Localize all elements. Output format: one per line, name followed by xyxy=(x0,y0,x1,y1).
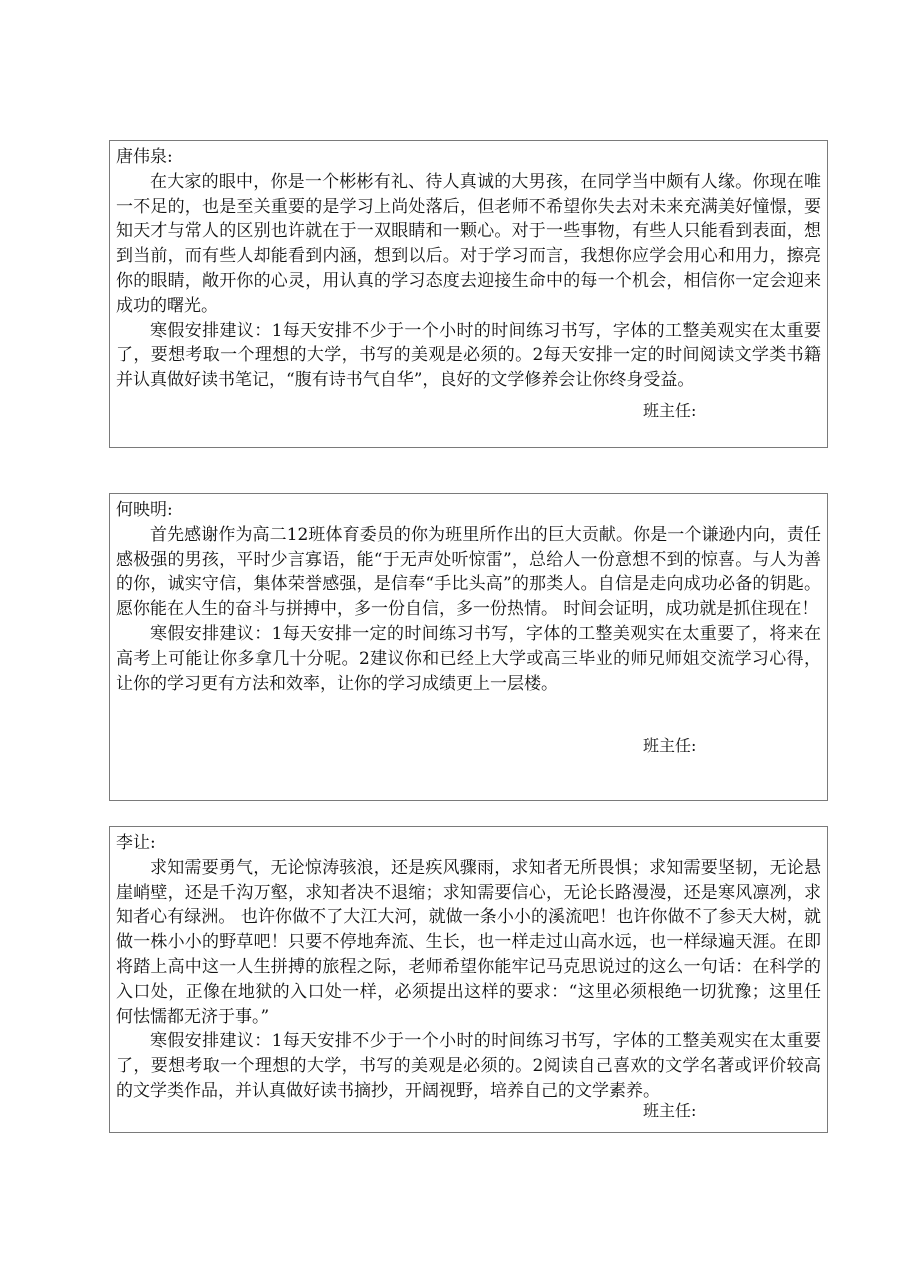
teacher-signature-label: 班主任: xyxy=(643,734,696,759)
holiday-suggestion: 寒假安排建议：1每天安排不少于一个小时的时间练习书写，字体的工整美观实在太重要了… xyxy=(116,319,821,393)
holiday-suggestion: 寒假安排建议：1每天安排一定的时间练习书写，字体的工整美观实在太重要了，将来在高… xyxy=(116,622,821,696)
comment-paragraph: 首先感谢作为高二12班体育委员的你为班里所作出的巨大贡献。你是一个谦逊内向，责任… xyxy=(116,523,821,622)
student-name: 何映明: xyxy=(116,498,821,523)
student-name: 李让: xyxy=(116,831,821,856)
student-name: 唐伟泉: xyxy=(116,145,821,170)
comment-card-3: 李让: 求知需要勇气，无论惊涛骇浪，还是疾风骤雨，求知者无所畏惧；求知需要坚韧，… xyxy=(109,826,828,1133)
comment-paragraph: 在大家的眼中，你是一个彬彬有礼、待人真诚的大男孩，在同学当中颇有人缘。你现在唯一… xyxy=(116,170,821,319)
teacher-signature-label: 班主任: xyxy=(643,399,696,424)
comment-paragraph: 求知需要勇气，无论惊涛骇浪，还是疾风骤雨，求知者无所畏惧；求知需要坚韧，无论悬崖… xyxy=(116,856,821,1030)
holiday-suggestion: 寒假安排建议：1每天安排不少于一个小时的时间练习书写，字体的工整美观实在太重要了… xyxy=(116,1029,821,1103)
teacher-signature-label: 班主任: xyxy=(643,1099,696,1124)
comment-card-2: 何映明: 首先感谢作为高二12班体育委员的你为班里所作出的巨大贡献。你是一个谦逊… xyxy=(109,493,828,801)
comment-card-1: 唐伟泉: 在大家的眼中，你是一个彬彬有礼、待人真诚的大男孩，在同学当中颇有人缘。… xyxy=(109,140,828,448)
